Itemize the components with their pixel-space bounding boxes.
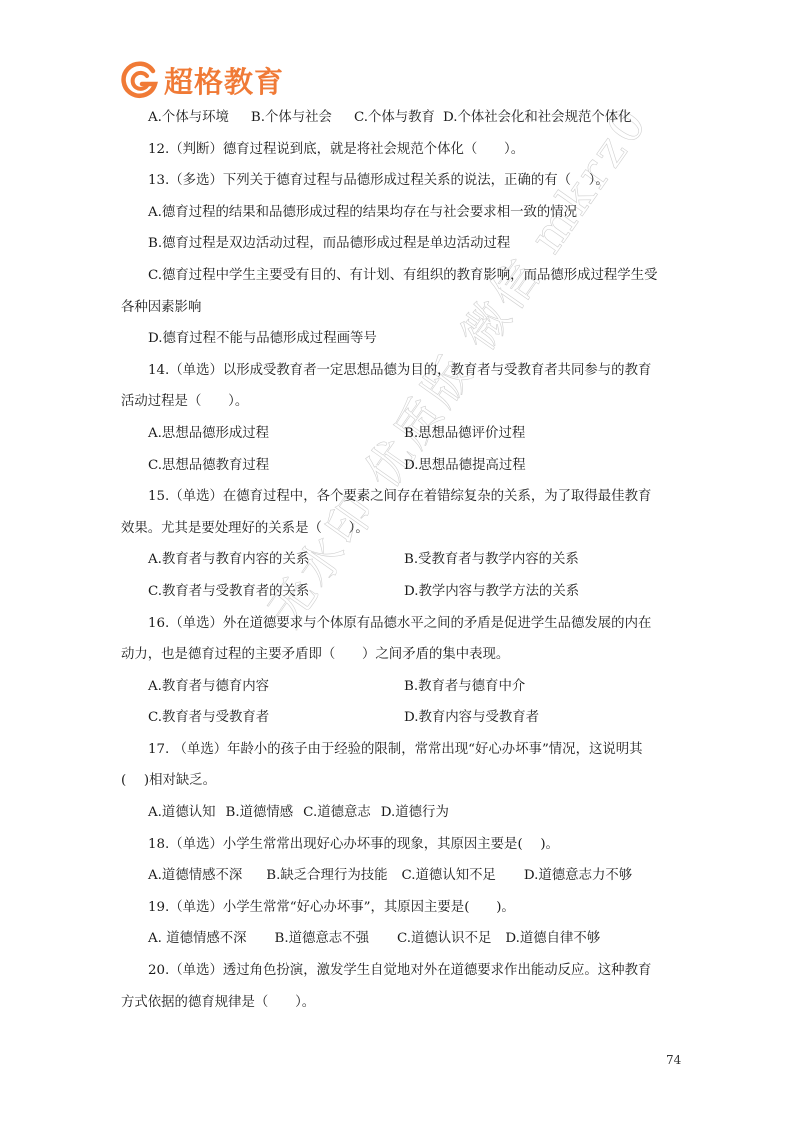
question-16-cont: 动力，也是德育过程的主要矛盾即（ ）之间矛盾的集中表现。 [121, 643, 687, 675]
q17-options: A.道德认知B.道德情感C.道德意志D.道德行为 [121, 801, 687, 833]
q18-options: A.道德情感不深B.缺乏合理行为技能C.道德认知不足D.道德意志力不够 [121, 864, 687, 896]
options-row: A.思想品德形成过程B.思想品德评价过程 [121, 422, 687, 454]
option: C.道德意志 [303, 805, 371, 820]
option: C.道德认识不足 [397, 931, 491, 946]
option-cont: 各种因素影响 [121, 296, 687, 328]
option: B.缺乏合理行为技能 [266, 868, 387, 883]
question-20: 20.（单选）透过角色扮演，激发学生自觉地对外在道德要求作出能动反应。这种教育 [121, 959, 687, 991]
logo-text: 超格教育 [164, 60, 284, 101]
option: A.教育者与教育内容的关系 [121, 548, 404, 580]
options-row: C.思想品德教育过程D.思想品德提高过程 [121, 454, 687, 486]
option: A.思想品德形成过程 [121, 422, 404, 454]
question-16: 16.（单选）外在道德要求与个体原有品德水平之间的矛盾是促进学生品德发展的内在 [121, 612, 687, 644]
option: D.道德意志力不够 [524, 868, 632, 883]
brand-logo: 超格教育 [120, 60, 284, 100]
question-14: 14.（单选）以形成受教育者一定思想品德为目的，教育者与受教育者共同参与的教育 [121, 359, 687, 391]
option: B.个体与社会 [251, 110, 332, 125]
question-14-cont: 活动过程是（ ）。 [121, 390, 687, 422]
option: B.道德意志不强 [275, 931, 369, 946]
options-row: A.教育者与德育内容B.教育者与德育中介 [121, 675, 687, 707]
question-13: 13.（多选）下列关于德育过程与品德形成过程关系的说法，正确的有（ ）。 [121, 169, 687, 201]
question-17: 17. （单选）年龄小的孩子由于经验的限制，常常出现“好心办坏事”情况，这说明其 [121, 738, 687, 770]
option: C.教育者与受教育者 [121, 706, 404, 738]
page-number: 74 [666, 1053, 681, 1067]
option: A.道德情感不深 [148, 868, 242, 883]
option: A.个体与环境 [148, 110, 229, 125]
option: D.道德自律不够 [505, 931, 600, 946]
q11-options: A.个体与环境B.个体与社会C.个体与教育D.个体社会化和社会规范个体化 [121, 106, 687, 138]
option: D.德育过程不能与品德形成过程画等号 [121, 327, 687, 359]
option: A.德育过程的结果和品德形成过程的结果均存在与社会要求相一致的情况 [121, 201, 687, 233]
option: B.教育者与德育中介 [404, 675, 687, 707]
option: D.思想品德提高过程 [404, 454, 687, 486]
option: B.德育过程是双边活动过程，而品德形成过程是单边活动过程 [121, 232, 687, 264]
option: D.教育内容与受教育者 [404, 706, 687, 738]
question-20-cont: 方式依据的德育规律是（ ）。 [121, 991, 687, 1023]
question-19: 19.（单选）小学生常常“好心办坏事”，其原因主要是( )。 [121, 896, 687, 928]
options-row: A.教育者与教育内容的关系B.受教育者与教学内容的关系 [121, 548, 687, 580]
question-list: A.个体与环境B.个体与社会C.个体与教育D.个体社会化和社会规范个体化 12.… [121, 106, 687, 1022]
option: D.教学内容与教学方法的关系 [404, 580, 687, 612]
option: A. 道德情感不深 [148, 931, 247, 946]
option: D.个体社会化和社会规范个体化 [443, 110, 632, 125]
option: A.教育者与德育内容 [121, 675, 404, 707]
option: C.个体与教育 [354, 110, 435, 125]
question-18: 18.（单选）小学生常常出现好心办坏事的现象，其原因主要是( )。 [121, 833, 687, 865]
question-15-cont: 效果。尤其是要处理好的关系是（ ）。 [121, 517, 687, 549]
option: A.道德认知 [148, 805, 216, 820]
q19-options: A. 道德情感不深B.道德意志不强C.道德认识不足D.道德自律不够 [121, 927, 687, 959]
question-12: 12.（判断）德育过程说到底，就是将社会规范个体化（ ）。 [121, 138, 687, 170]
logo-g-icon [120, 60, 160, 100]
options-row: C.教育者与受教育者的关系D.教学内容与教学方法的关系 [121, 580, 687, 612]
options-row: C.教育者与受教育者D.教育内容与受教育者 [121, 706, 687, 738]
option: C.德育过程中学生主要受有目的、有计划、有组织的教育影响，而品德形成过程学生受 [121, 264, 687, 296]
option: C.道德认知不足 [402, 868, 496, 883]
question-15: 15.（单选）在德育过程中，各个要素之间存在着错综复杂的关系，为了取得最佳教育 [121, 485, 687, 517]
option: D.道德行为 [381, 805, 449, 820]
option: B.道德情感 [226, 805, 294, 820]
option: B.受教育者与教学内容的关系 [404, 548, 687, 580]
option: B.思想品德评价过程 [404, 422, 687, 454]
option: C.教育者与受教育者的关系 [121, 580, 404, 612]
question-17-cont: ( )相对缺乏。 [121, 769, 687, 801]
option: C.思想品德教育过程 [121, 454, 404, 486]
